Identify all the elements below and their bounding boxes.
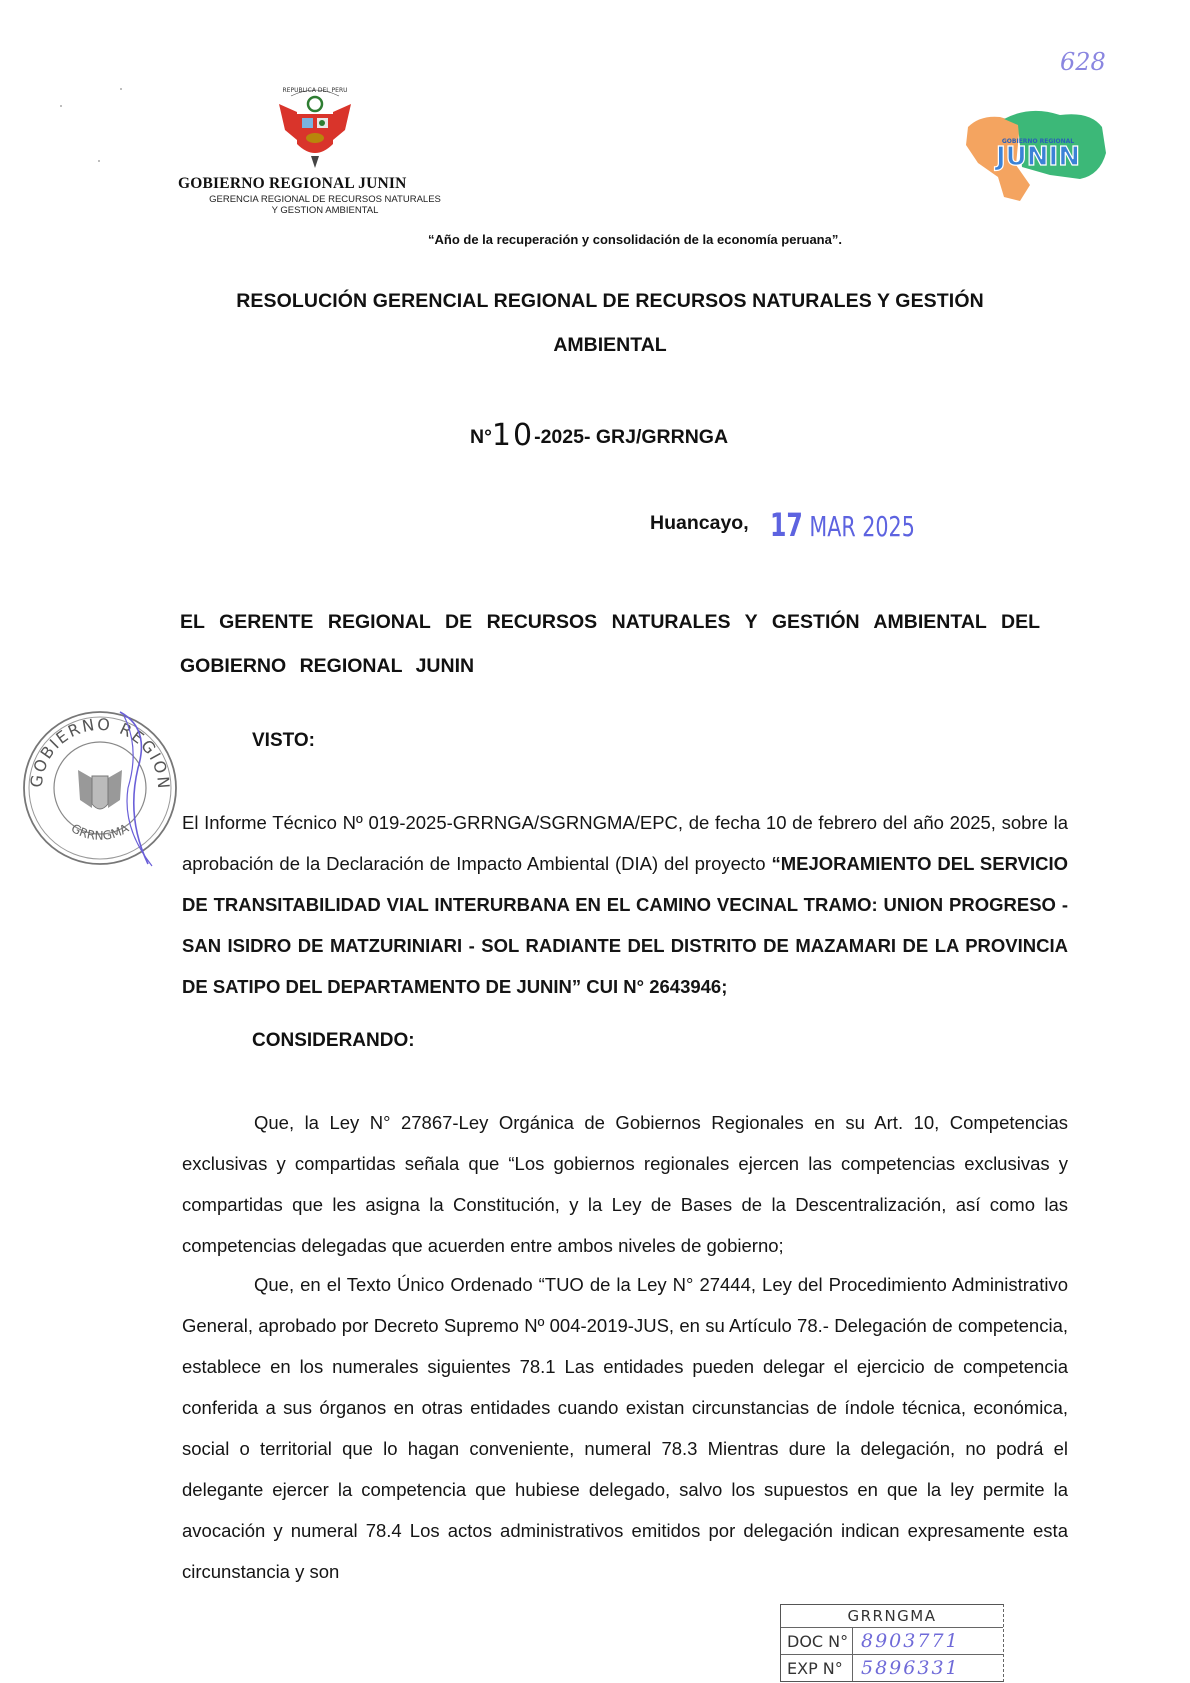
dateline-place: Huancayo, [650,512,749,535]
date-stamp-day: 17 [770,506,803,544]
considerando-paragraph-1: Que, la Ley N° 27867-Ley Orgánica de Gob… [182,1102,1068,1266]
date-stamp-month-year: MAR 2025 [809,510,914,543]
department-line-2: Y GESTION AMBIENTAL [200,206,450,217]
svg-text:GRRNGMA: GRRNGMA [69,821,132,843]
registry-doc-row: DOC N° 8903771 [781,1627,1003,1654]
peru-coat-of-arms-icon: REPUBLICA DEL PERU [275,82,355,174]
registry-office: GRRNGMA [781,1605,1003,1627]
considerando-paragraph-2: Que, en el Texto Único Ordenado “TUO de … [182,1264,1068,1592]
handwritten-folio-number: 628 [1060,48,1106,76]
resolution-number-prefix: N° [470,426,492,448]
junin-regional-logo-icon: GOBIERNO REGIONAL JUNIN [960,105,1110,205]
scan-speck [120,88,122,90]
registry-stamp: GRRNGMA DOC N° 8903771 EXP N° 5896331 [780,1604,1004,1682]
exp-number-label: EXP N° [781,1655,853,1681]
svg-text:REPUBLICA DEL PERU: REPUBLICA DEL PERU [282,87,347,94]
exp-number-value: 5896331 [853,1657,960,1679]
department-line-1: GERENCIA REGIONAL DE RECURSOS NATURALES [200,195,450,206]
doc-number-label: DOC N° [781,1628,853,1654]
organization-name: GOBIERNO REGIONAL JUNIN [178,175,407,193]
visto-paragraph: El Informe Técnico Nº 019-2025-GRRNGA/SG… [182,802,1068,1007]
project-name: “MEJORAMIENTO DEL SERVICIO DE TRANSITABI… [182,853,1068,997]
visto-label: VISTO: [252,730,315,752]
svg-text:JUNIN: JUNIN [994,142,1080,172]
scan-speck [60,105,62,107]
doc-number-value: 8903771 [853,1630,960,1652]
official-seal-icon: GOBIERNO REGIONAL JUNIN GRRNGMA [20,708,180,868]
resolution-title-line-2: AMBIENTAL [0,334,1190,357]
authority-heading: EL GERENTE REGIONAL DE RECURSOS NATURALE… [180,600,1040,688]
registry-exp-row: EXP N° 5896331 [781,1654,1003,1681]
year-motto: “Año de la recuperación y consolidación … [0,232,1190,247]
resolution-number: N°10-2025- GRJ/GRRNGA [470,418,728,453]
date-stamp: 17 MAR 2025 [770,506,915,544]
scan-speck [98,160,100,162]
resolution-title-line-1: RESOLUCIÓN GERENCIAL REGIONAL DE RECURSO… [0,290,1190,313]
resolution-number-suffix: -2025- GRJ/GRRNGA [534,426,728,448]
considerando-label: CONSIDERANDO: [252,1030,415,1052]
resolution-number-value: 10 [492,418,534,453]
department-name: GERENCIA REGIONAL DE RECURSOS NATURALES … [200,195,450,216]
